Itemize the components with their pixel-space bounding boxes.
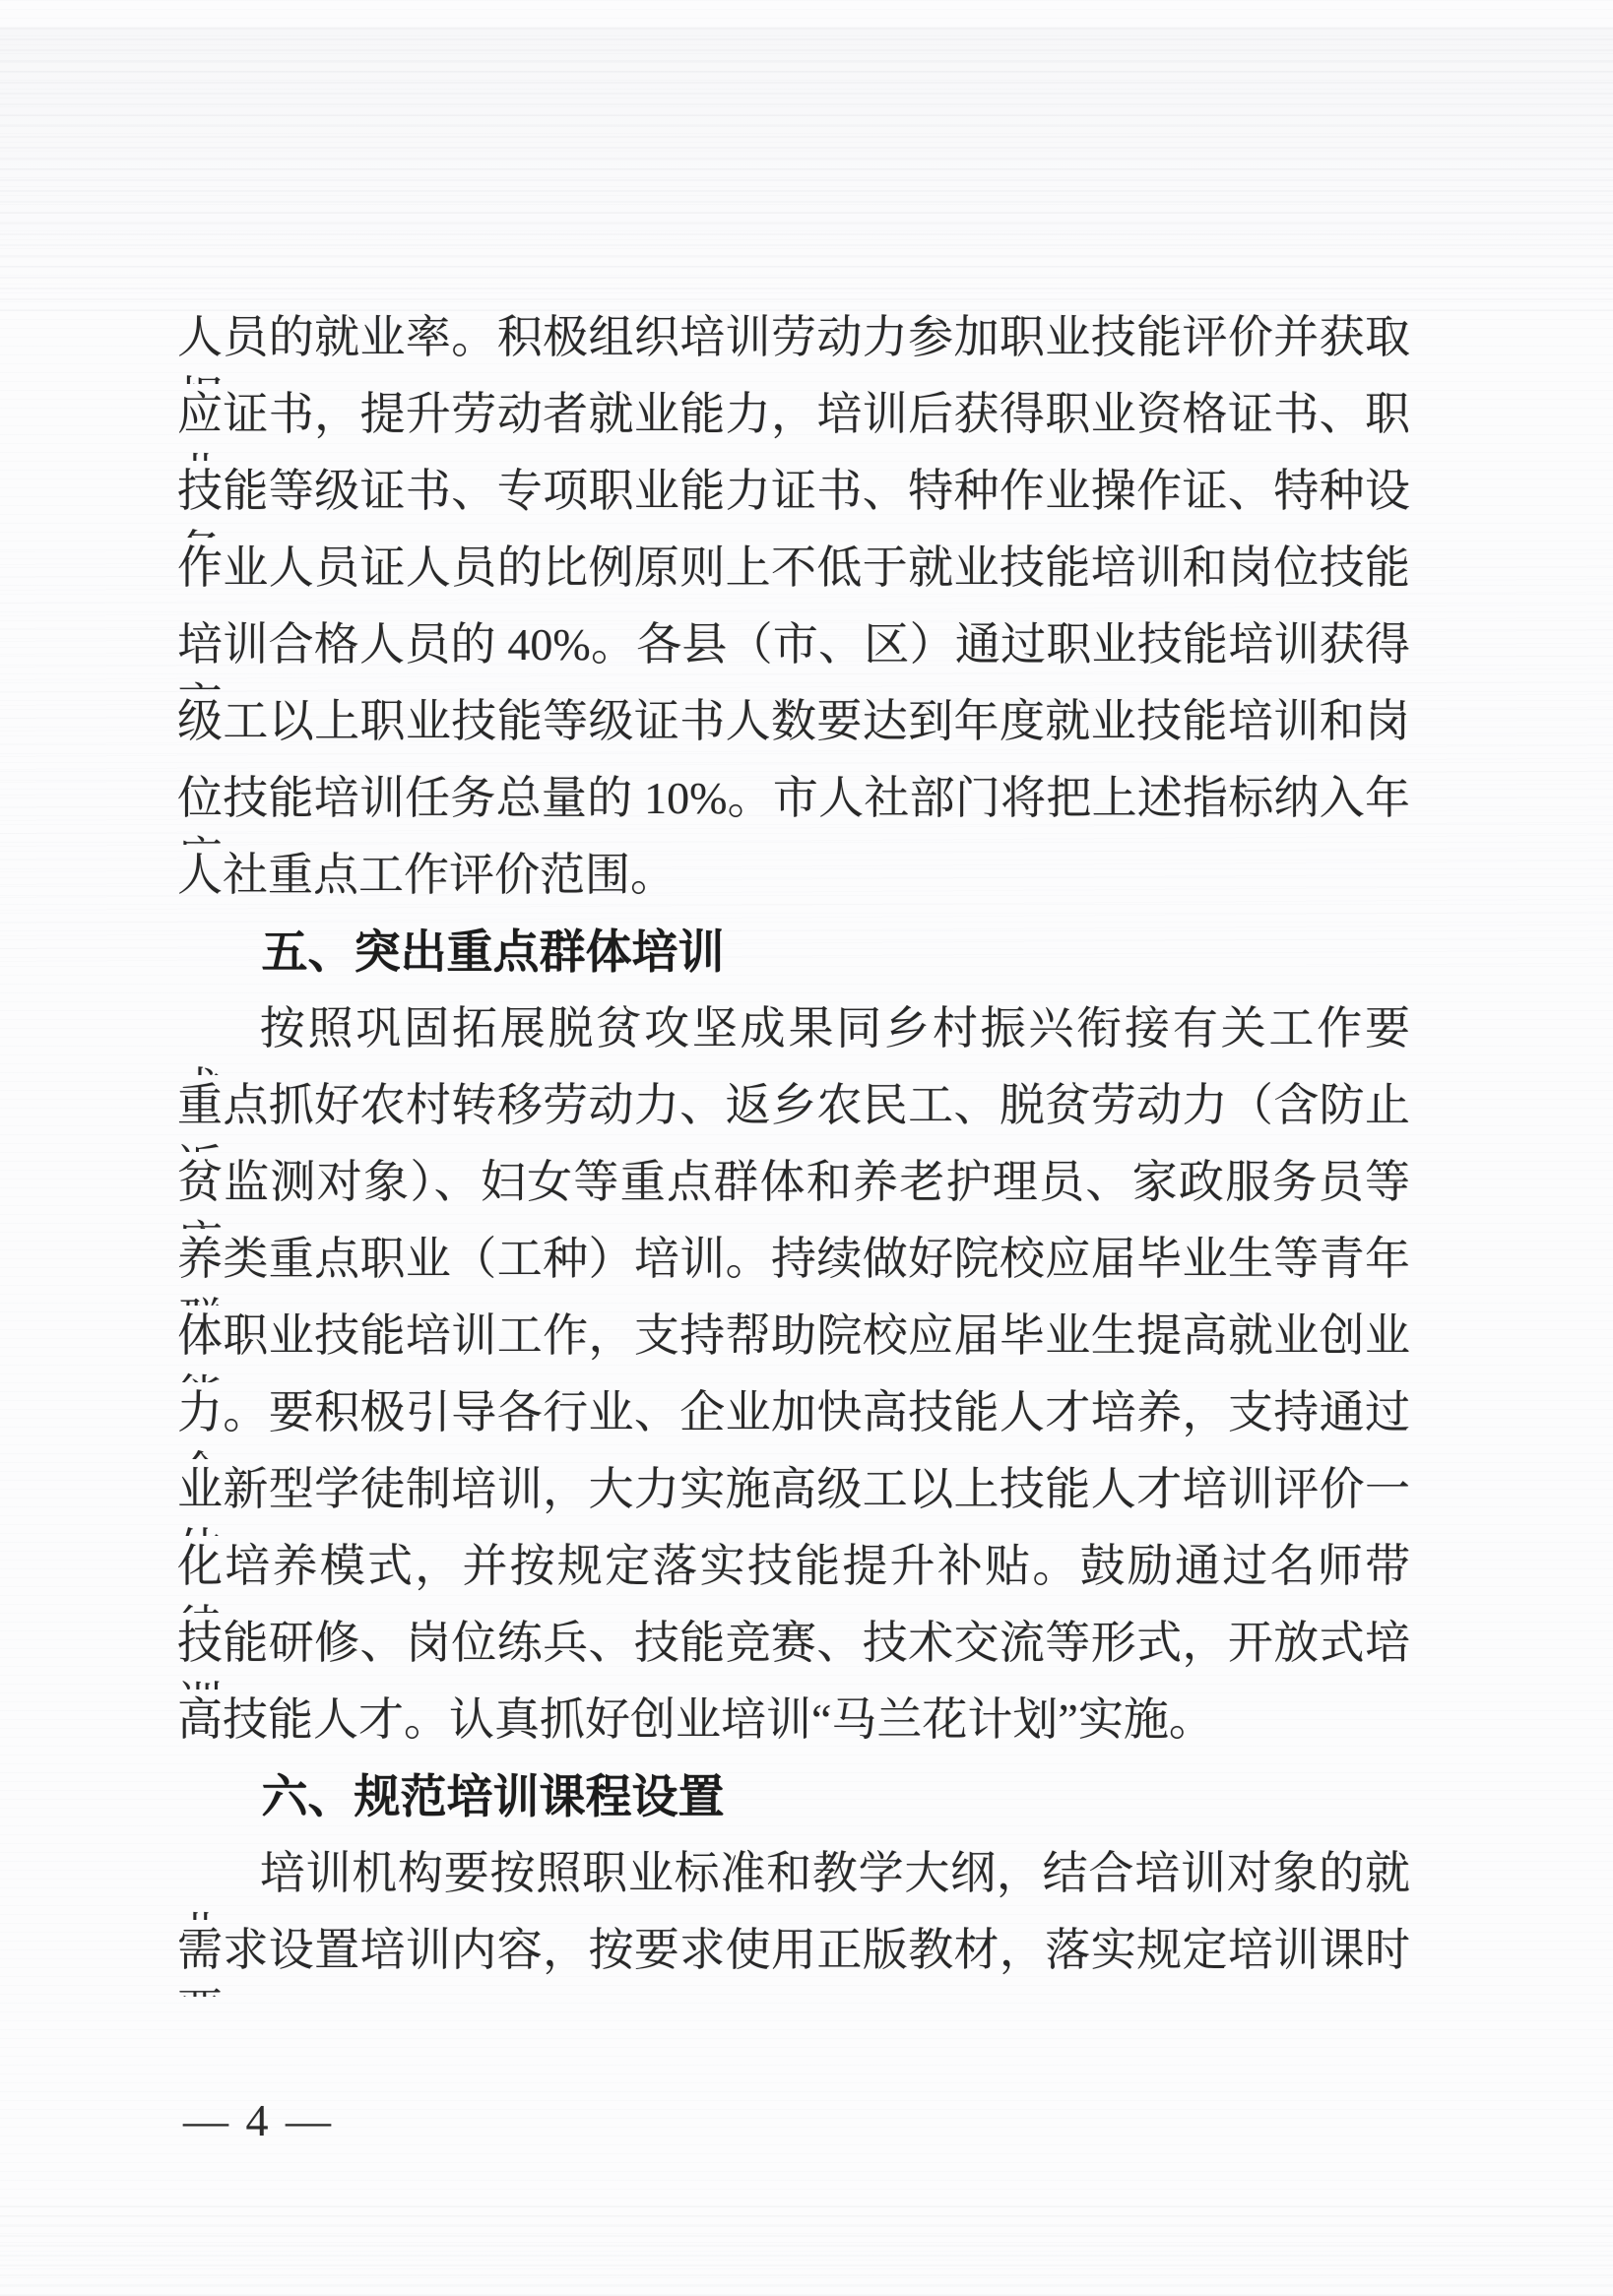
text-line: 位技能培训任务总量的 10%。市人社部门将把上述指标纳入年度 (177, 768, 1410, 845)
text-line: 业新型学徒制培训，大力实施高级工以上技能人才培训评价一体 (177, 1459, 1410, 1536)
text-line: 应证书，提升劳动者就业能力，培训后获得职业资格证书、职业 (177, 384, 1410, 461)
text-line: 化培养模式，并按规定落实技能提升补贴。鼓励通过名师带徒、 (177, 1536, 1410, 1613)
section-heading: 六、规范培训课程设置 (177, 1766, 1410, 1843)
text-line: 培训机构要按照职业标准和教学大纲，结合培训对象的就业 (177, 1843, 1410, 1920)
text-line: 按照巩固拓展脱贫攻坚成果同乡村振兴衔接有关工作要求， (177, 998, 1410, 1075)
text-line: 贫监测对象）、妇女等重点群体和养老护理员、家政服务员等康 (177, 1152, 1410, 1229)
text-line: 高技能人才。认真抓好创业培训“马兰花计划”实施。 (177, 1690, 1410, 1766)
page-number: — 4 — (183, 2091, 331, 2150)
text-line: 级工以上职业技能等级证书人数要达到年度就业技能培训和岗 (177, 691, 1410, 768)
text-line: 培训合格人员的 40%。各县（市、区）通过职业技能培训获得高 (177, 614, 1410, 691)
scanned-document-page: 人员的就业率。积极组织培训劳动力参加职业技能评价并获取相应证书，提升劳动者就业能… (0, 0, 1613, 2296)
text-line: 需求设置培训内容，按要求使用正版教材，落实规定培训课时要 (177, 1920, 1410, 1997)
section-heading: 五、突出重点群体培训 (177, 922, 1410, 998)
text-line: 作业人员证人员的比例原则上不低于就业技能培训和岗位技能 (177, 538, 1410, 614)
text-line: 体职业技能培训工作，支持帮助院校应届毕业生提高就业创业能 (177, 1306, 1410, 1382)
text-line: 技能研修、岗位练兵、技能竞赛、技术交流等形式，开放式培训 (177, 1613, 1410, 1690)
text-line: 养类重点职业（工种）培训。持续做好院校应届毕业生等青年群 (177, 1229, 1410, 1306)
scan-noise-band-top (0, 28, 1613, 313)
text-line: 重点抓好农村转移劳动力、返乡农民工、脱贫劳动力（含防止返 (177, 1075, 1410, 1152)
scan-noise-band-bottom (0, 2205, 1613, 2296)
text-line: 人社重点工作评价范围。 (177, 845, 1410, 922)
document-body: 人员的就业率。积极组织培训劳动力参加职业技能评价并获取相应证书，提升劳动者就业能… (177, 307, 1410, 1997)
text-line: 技能等级证书、专项职业能力证书、特种作业操作证、特种设备 (177, 461, 1410, 538)
text-line: 人员的就业率。积极组织培训劳动力参加职业技能评价并获取相 (177, 307, 1410, 384)
text-line: 力。要积极引导各行业、企业加快高技能人才培养，支持通过企 (177, 1382, 1410, 1459)
